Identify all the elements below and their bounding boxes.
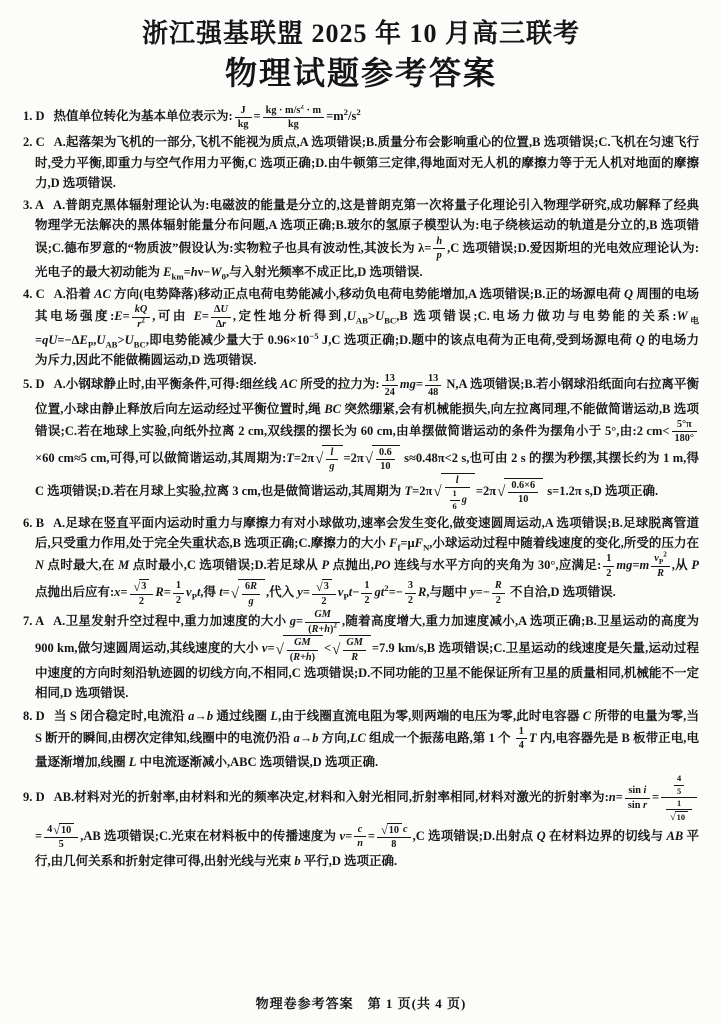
question-6-label: 6. B — [23, 516, 44, 530]
question-4-body: A.沿着 AC 方向(电势降落)移动正点电荷电势能减小,移动负电荷电势能增加,A… — [35, 287, 699, 367]
question-1-answer: 1. D热值单位转化为基本单位表示为:Jkg=kg · m/s2 · mkg=m… — [23, 105, 699, 131]
question-7-body: A.卫星发射升空过程中,重力加速度的大小 g=GM(R+h)2,随着高度增大,重… — [35, 614, 699, 700]
question-8-body: 当 S 闭合稳定时,电流沿 a→b 通过线圈 L,由于线圈直流电阻为零,则两端的… — [35, 709, 699, 769]
question-4-answer: 4. CA.沿着 AC 方向(电势降落)移动正点电荷电势能减小,移动负电荷电势能… — [23, 284, 699, 371]
question-1-label: 1. D — [23, 109, 45, 123]
question-9-answer: 9. DAB.材料对光的折射率,由材料和光的频率决定,材料和入射光相同,折射率相… — [23, 774, 699, 871]
question-5-answer: 5. DA.小钢球静止时,由平衡条件,可得:细丝线 AC 所受的拉力为:1324… — [23, 373, 699, 511]
question-7-answer: 7. AA.卫星发射升空过程中,重力加速度的大小 g=GM(R+h)2,随着高度… — [23, 609, 699, 703]
question-5-label: 5. D — [23, 377, 45, 391]
question-1-body: 热值单位转化为基本单位表示为:Jkg=kg · m/s2 · mkg=m2/s2 — [54, 109, 361, 123]
question-8-answer: 8. D当 S 闭合稳定时,电流沿 a→b 通过线圈 L,由于线圈直流电阻为零,… — [23, 706, 699, 772]
question-2-body: A.起落架为飞机的一部分,飞机不能视为质点,A 选项错误;B.质量分布会影响重心… — [35, 135, 699, 190]
question-3-label: 3. A — [23, 198, 44, 212]
question-5-body: A.小钢球静止时,由平衡条件,可得:细丝线 AC 所受的拉力为:1324mg=1… — [35, 377, 699, 497]
question-8-label: 8. D — [23, 709, 45, 723]
page-footer: 物理卷参考答案 第 1 页(共 4 页) — [23, 985, 699, 1012]
page-subtitle: 物理试题参考答案 — [23, 53, 699, 93]
question-3-body: A.普朗克黑体辐射理论认为:电磁波的能量是分立的,这是普朗克第一次将量子化理论引… — [35, 198, 699, 278]
question-3-answer: 3. AA.普朗克黑体辐射理论认为:电磁波的能量是分立的,这是普朗克第一次将量子… — [23, 195, 699, 282]
question-7-label: 7. A — [23, 614, 44, 628]
question-6-answer: 6. BA.足球在竖直平面内运动时重力与摩擦力有对小球做功,速率会发生变化,做变… — [23, 513, 699, 607]
question-6-body: A.足球在竖直平面内运动时重力与摩擦力有对小球做功,速率会发生变化,做变速圆周运… — [35, 516, 699, 599]
question-2-label: 2. C — [23, 135, 45, 149]
question-2-answer: 2. CA.起落架为飞机的一部分,飞机不能视为质点,A 选项错误;B.质量分布会… — [23, 132, 699, 193]
page-title: 浙江强基联盟 2025 年 10 月高三联考 — [23, 18, 699, 51]
question-list: 1. D热值单位转化为基本单位表示为:Jkg=kg · m/s2 · mkg=m… — [23, 105, 699, 986]
question-9-label: 9. D — [23, 790, 45, 804]
question-9-body: AB.材料对光的折射率,由材料和光的频率决定,材料和入射光相同,折射率相同,材料… — [35, 790, 699, 867]
question-4-label: 4. C — [23, 287, 45, 301]
answer-sheet-page: 浙江强基联盟 2025 年 10 月高三联考 物理试题参考答案 1. D热值单位… — [0, 0, 721, 1024]
